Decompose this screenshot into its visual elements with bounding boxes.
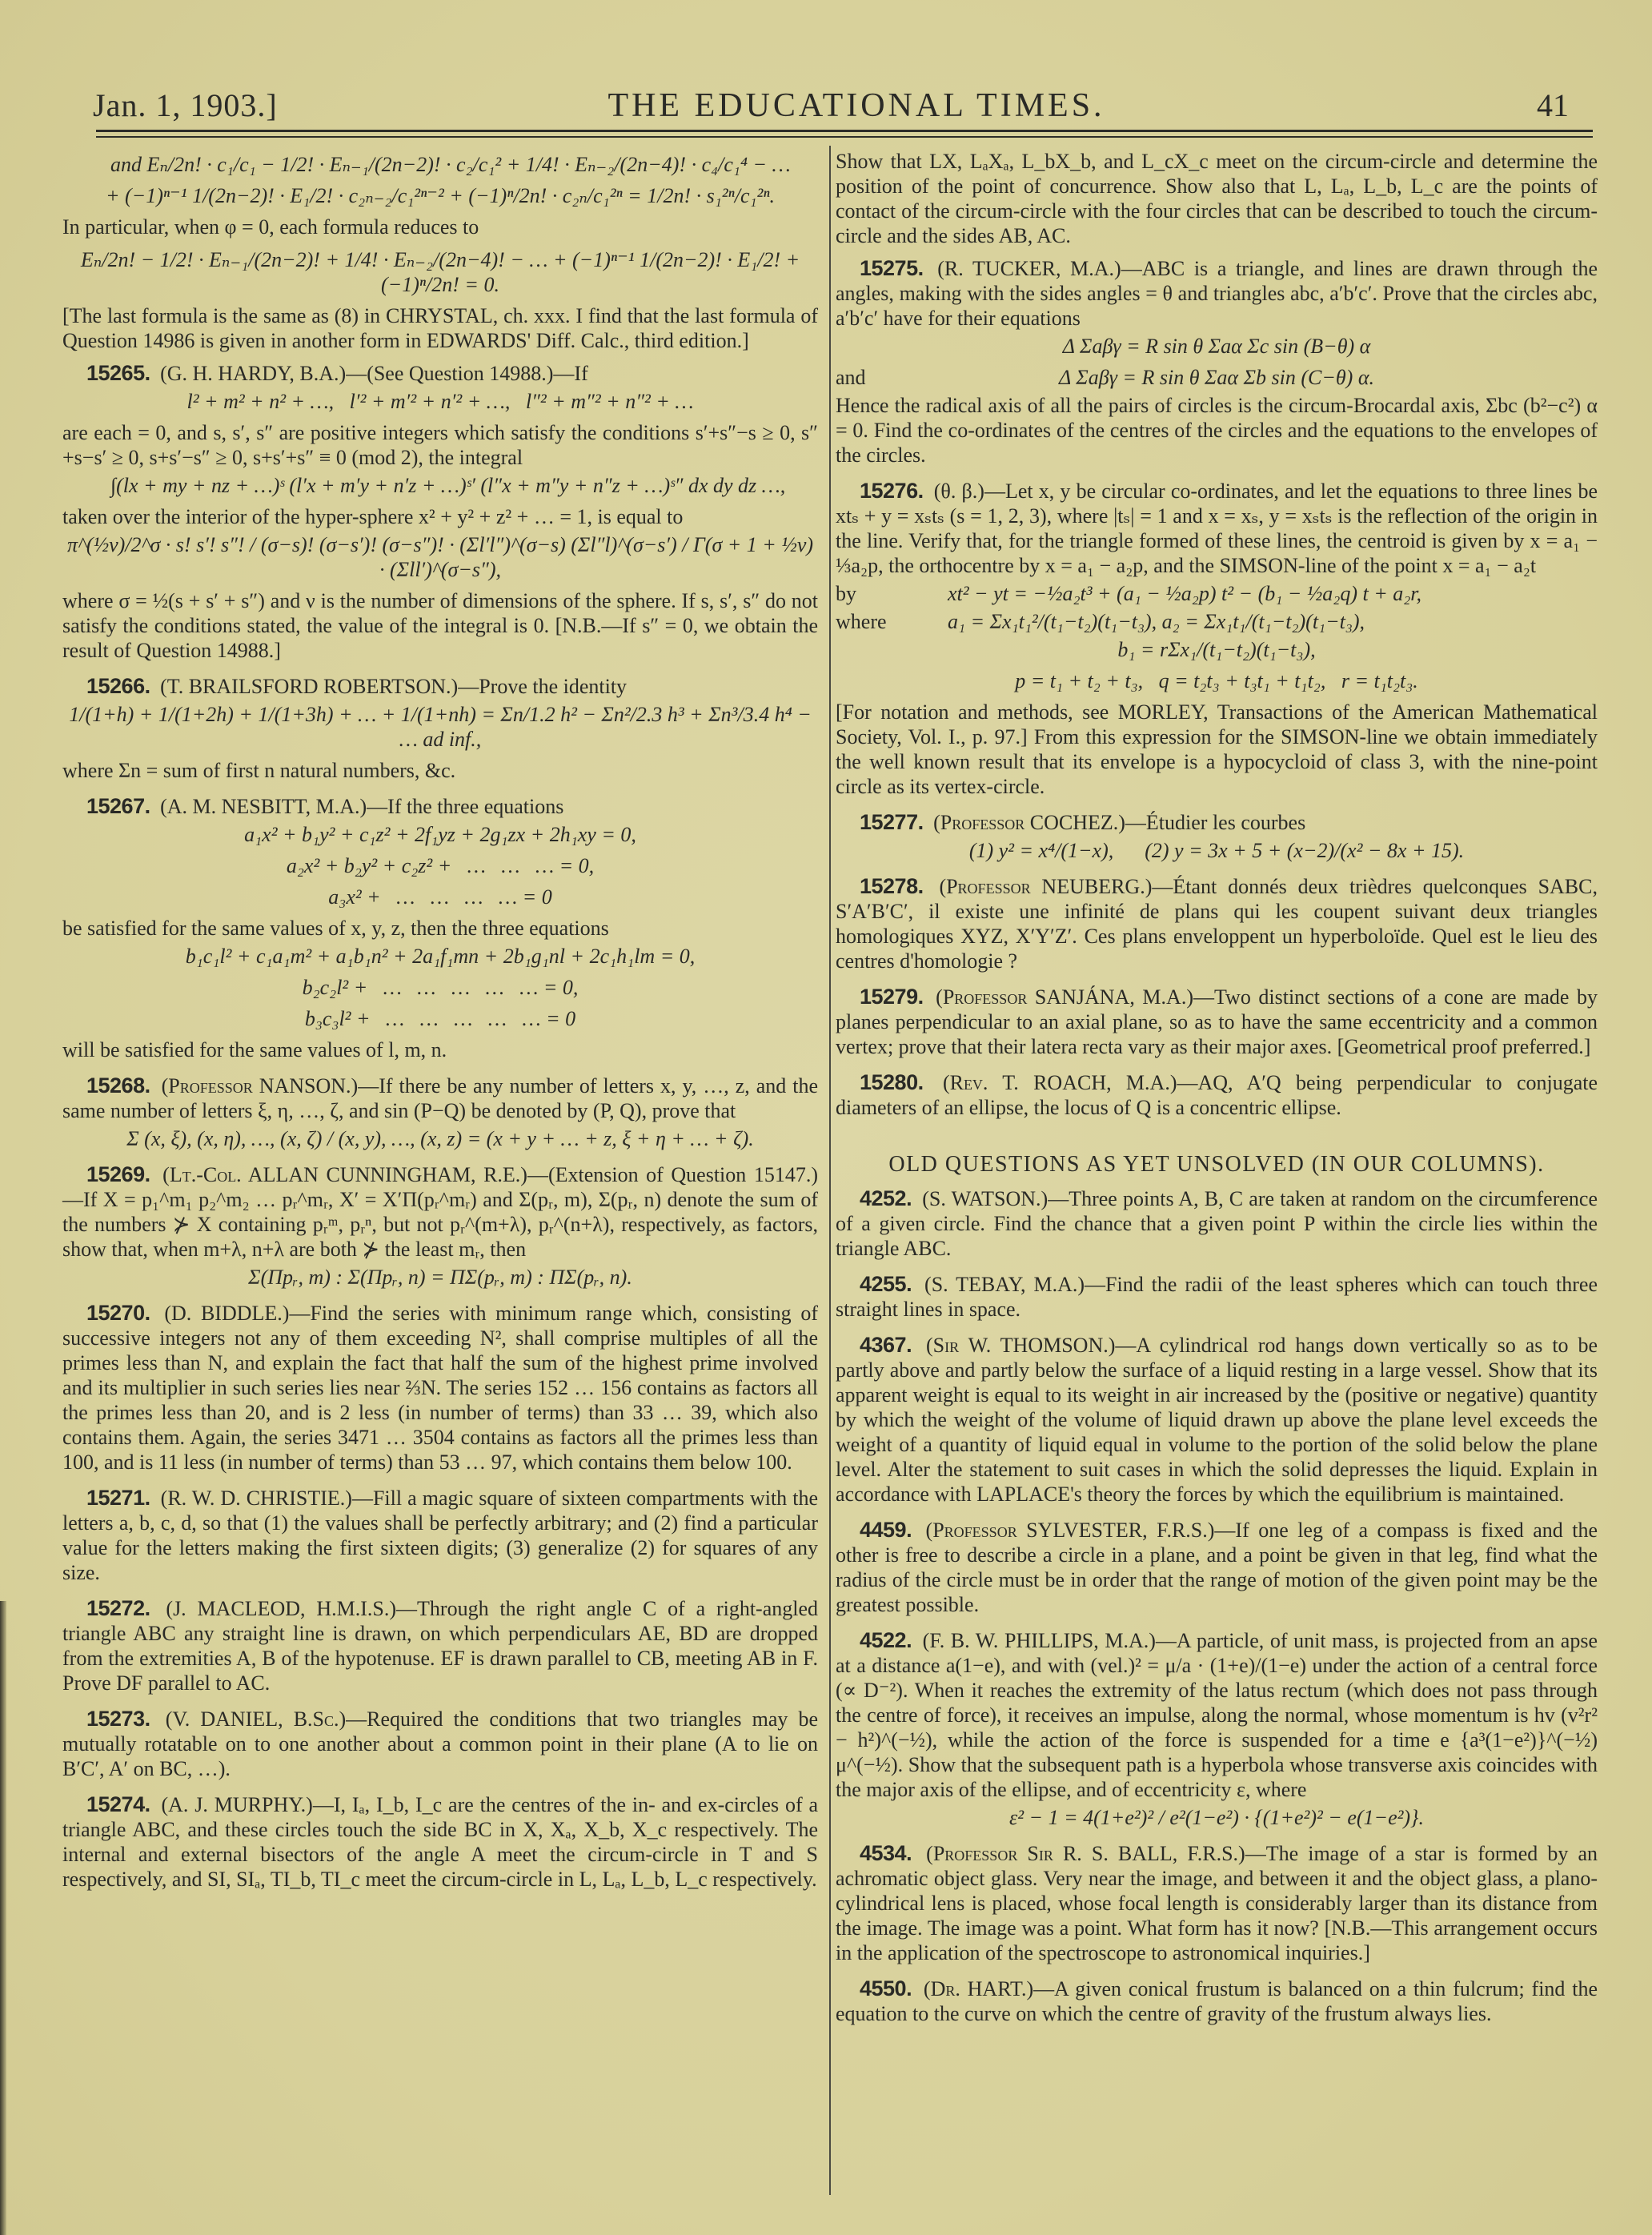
question-15265: 15265. (G. H. HARDY, B.A.)—(See Question… [62,361,818,663]
question-equation: a₃x² + … … … … = 0 [62,885,818,909]
question-number: 4252. [860,1186,912,1210]
question-text: —Étudier les courbes [1125,811,1305,834]
reduced-formula: Eₙ/2n! − 1/2! · Eₙ₋₁/(2n−2)! + 1/4! · Eₙ… [62,247,818,297]
question-number: 15270. [86,1301,150,1325]
question-15271: 15271. (R. W. D. CHRISTIE.)—Fill a magic… [62,1486,818,1585]
equation-label: where [836,609,948,634]
question-equation: π^(½ν)/2^σ · s! s′! s″! / (σ−s)! (σ−s′)!… [62,532,818,582]
question-author: (Professor COCHEZ.) [933,811,1125,834]
in-particular-text: In particular, when φ = 0, each formula … [62,215,818,239]
question-text: —If the three equations [367,795,563,818]
question-author: (Dr. HART.) [924,1977,1033,2000]
section-title-old-questions: OLD QUESTIONS AS YET UNSOLVED (IN OUR CO… [836,1152,1598,1177]
page-number: 41 [1537,86,1569,124]
page-header: Jan. 1, 1903.] THE EDUCATIONAL TIMES. 41 [88,86,1625,128]
equation-row: by xt² − yt = −½a₂t³ + (a₁ − ½a₂p) t² − … [836,581,1598,606]
header-rule-bottom [96,136,1593,138]
question-15272: 15272. (J. MACLEOD, H.M.I.S.)—Through th… [62,1596,818,1695]
column-divider [829,146,831,2195]
question-author: (Professor SYLVESTER, F.R.S.) [926,1519,1215,1542]
old-question-4459: 4459. (Professor SYLVESTER, F.R.S.)—If o… [836,1518,1598,1617]
question-author: (Lt.-Col. ALLAN CUNNINGHAM, R.E.) [162,1163,527,1186]
question-equation: l² + m² + n² + …, l′² + m′² + n′² + …, l… [62,389,818,414]
question-text: where σ = ½(s + s′ + s″) and ν is the nu… [62,588,818,663]
question-equation: xt² − yt = −½a₂t³ + (a₁ − ½a₂p) t² − (b₁… [948,581,1598,606]
question-number: 4534. [860,1841,912,1865]
question-text: Hence the radical axis of all the pairs … [836,393,1598,467]
question-number: 15279. [860,985,924,1009]
newspaper-page: Jan. 1, 1903.] THE EDUCATIONAL TIMES. 41… [0,0,1652,2235]
question-text: be satisfied for the same values of x, y… [62,916,818,941]
equation-row: and Δ Σaβγ = R sin θ Σaα Σb sin (C−θ) α. [836,365,1598,390]
header-rule-top [96,130,1593,132]
question-number: 15271. [86,1486,150,1510]
question-author: (R. TUCKER, M.A.) [937,257,1121,280]
question-equation: ∫(lx + my + nz + …)ˢ (l′x + m′y + n′z + … [62,473,818,498]
question-equation: a₁ = Σx₁t₁²/(t₁−t₂)(t₁−t₃), a₂ = Σx₁t₁/(… [948,609,1598,634]
question-15280: 15280. (Rev. T. ROACH, M.A.)—AQ, A′Q bei… [836,1070,1598,1120]
equation-label: and [836,365,948,390]
question-author: (T. BRAILSFORD ROBERTSON.) [160,675,458,698]
equation-label: by [836,581,948,606]
question-number: 15277. [860,810,924,834]
old-question-4367: 4367. (Sir W. THOMSON.)—A cylindrical ro… [836,1333,1598,1507]
old-question-4255: 4255. (S. TEBAY, M.A.)—Find the radii of… [836,1272,1598,1322]
publication-title: THE EDUCATIONAL TIMES. [88,86,1625,125]
question-text: will be satisfied for the same values of… [62,1037,818,1062]
question-15274-continuation: Show that LX, LₐXₐ, L_bX_b, and L_cX_c m… [836,149,1598,248]
question-equation: Σ(Πpᵣ, m) : Σ(Πpᵣ, n) = ΠΣ(pᵣ, m) : ΠΣ(p… [62,1265,818,1290]
question-number: 15273. [86,1707,150,1731]
question-number: 15268. [86,1073,150,1097]
question-author: (Rev. T. ROACH, M.A.) [943,1071,1177,1094]
question-text: —A cylindrical rod hangs down vertically… [836,1334,1598,1506]
question-15268: 15268. (Professor NANSON.)—If there be a… [62,1073,818,1151]
question-number: 15275. [860,256,924,280]
question-number: 4550. [860,1976,912,2000]
old-question-4522: 4522. (F. B. W. PHILLIPS, M.A.)—A partic… [836,1628,1598,1830]
question-number: 15278. [860,874,924,898]
question-text: where Σn = sum of first n natural number… [62,758,818,783]
old-question-4252: 4252. (S. WATSON.)—Three points A, B, C … [836,1186,1598,1261]
question-equation: b₁c₁l² + c₁a₁m² + a₁b₁n² + 2a₁f₁mn + 2b₁… [62,944,818,969]
question-equation: b₃c₃l² + … … … … … = 0 [62,1006,818,1031]
question-author: (Professor Sir R. S. BALL, F.R.S.) [926,1842,1245,1865]
question-author: (D. BIDDLE.) [164,1302,289,1325]
question-number: 15267. [86,794,150,818]
question-text: —Find the series with minimum range whic… [62,1302,818,1474]
question-equation: (1) y² = x⁴/(1−x), (2) y = 3x + 5 + (x−2… [836,838,1598,863]
question-text: —A particle, of unit mass, is projected … [836,1629,1598,1801]
question-equation: b₁ = rΣx₁/(t₁−t₂)(t₁−t₃), [836,637,1598,662]
question-equation: Δ Σaβγ = R sin θ Σaα Σb sin (C−θ) α. [948,365,1598,390]
question-number: 15265. [86,361,150,385]
question-number: 15274. [86,1792,150,1816]
question-15274: 15274. (A. J. MURPHY.)—I, Iₐ, I_b, I_c a… [62,1792,818,1892]
question-author: (F. B. W. PHILLIPS, M.A.) [923,1629,1156,1652]
question-author: (J. MACLEOD, H.M.I.S.) [166,1597,396,1620]
question-equation: Δ Σaβγ = R sin θ Σaα Σc sin (B−θ) α [836,334,1598,359]
question-author: (Sir W. THOMSON.) [926,1334,1115,1357]
question-15276: 15276. (θ. β.)—Let x, y be circular co-o… [836,479,1598,799]
question-author: (Professor NANSON.) [162,1074,359,1097]
question-author: (V. DANIEL, B.Sc.) [166,1707,346,1731]
question-equation: b₂c₂l² + … … … … … = 0, [62,975,818,1000]
question-author: (A. M. NESBITT, M.A.) [160,795,367,818]
question-number: 15266. [86,674,150,698]
page-edge-shadow [0,1601,6,2235]
question-number: 15276. [860,479,924,503]
question-author: (R. W. D. CHRISTIE.) [161,1487,352,1510]
question-text: taken over the interior of the hyper-sph… [62,504,818,529]
left-column: and Eₙ/2n! · c₁/c₁ − 1/2! · Eₙ₋₁/(2n−2)!… [62,149,818,1903]
question-equation: ε² − 1 = 4(1+e²)² / e²(1−e²) · {(1+e²)² … [836,1805,1598,1830]
question-author: (Professor SANJÁNA, M.A.) [936,985,1193,1009]
question-equation: p = t₁ + t₂ + t₃, q = t₂t₃ + t₃t₁ + t₁t₂… [836,668,1598,693]
question-author: (θ. β.) [934,480,984,503]
question-number: 4459. [860,1518,912,1542]
equation-row: where a₁ = Σx₁t₁²/(t₁−t₂)(t₁−t₃), a₂ = Σ… [836,609,1598,634]
question-number: 15272. [86,1596,150,1620]
intro-formula-1: and Eₙ/2n! · c₁/c₁ − 1/2! · Eₙ₋₁/(2n−2)!… [62,152,818,177]
question-15267: 15267. (A. M. NESBITT, M.A.)—If the thre… [62,794,818,1062]
question-number: 15280. [860,1070,924,1094]
question-equation: a₂x² + b₂y² + c₂z² + … … … = 0, [62,853,818,878]
right-column: Show that LX, LₐXₐ, L_bX_b, and L_cX_c m… [836,149,1598,2037]
question-15269: 15269. (Lt.-Col. ALLAN CUNNINGHAM, R.E.)… [62,1162,818,1290]
question-15273: 15273. (V. DANIEL, B.Sc.)—Required the c… [62,1707,818,1781]
question-text: —Prove the identity [458,675,627,698]
question-15266: 15266. (T. BRAILSFORD ROBERTSON.)—Prove … [62,674,818,783]
question-number: 15269. [86,1162,150,1186]
question-number: 4255. [860,1272,912,1296]
question-author: (S. TEBAY, M.A.) [924,1273,1085,1296]
question-author: (Professor NEUBERG.) [939,875,1152,898]
question-number: 4522. [860,1628,912,1652]
question-text: are each = 0, and s, s′, s″ are positive… [62,420,818,470]
question-author: (A. J. MURPHY.) [161,1793,312,1816]
question-author: (G. H. HARDY, B.A.) [160,362,346,385]
old-question-4550: 4550. (Dr. HART.)—A given conical frustu… [836,1976,1598,2026]
question-equation: 1/(1+h) + 1/(1+2h) + 1/(1+3h) + … + 1/(1… [62,702,818,752]
question-number: 4367. [860,1333,912,1357]
old-question-4534: 4534. (Professor Sir R. S. BALL, F.R.S.)… [836,1841,1598,1965]
question-text: [For notation and methods, see MORLEY, T… [836,700,1598,799]
question-15275: 15275. (R. TUCKER, M.A.)—ABC is a triang… [836,256,1598,467]
question-equation: a₁x² + b₁y² + c₁z² + 2f₁yz + 2g₁zx + 2h₁… [62,822,818,847]
question-15277: 15277. (Professor COCHEZ.)—Étudier les c… [836,810,1598,863]
question-equation: Σ (x, ξ), (x, η), …, (x, ζ) / (x, y), …,… [62,1126,818,1151]
intro-formula-2: + (−1)ⁿ⁻¹ 1/(2n−2)! · E₁/2! · c₂ₙ₋₂/c₁²ⁿ… [62,183,818,208]
editor-note: [The last formula is the same as (8) in … [62,303,818,353]
question-text: —(See Question 14988.)—If [346,362,588,385]
question-15278: 15278. (Professor NEUBERG.)—Étant donnés… [836,874,1598,973]
question-15270: 15270. (D. BIDDLE.)—Find the series with… [62,1301,818,1475]
question-author: (S. WATSON.) [922,1187,1048,1210]
question-15279: 15279. (Professor SANJÁNA, M.A.)—Two dis… [836,985,1598,1059]
